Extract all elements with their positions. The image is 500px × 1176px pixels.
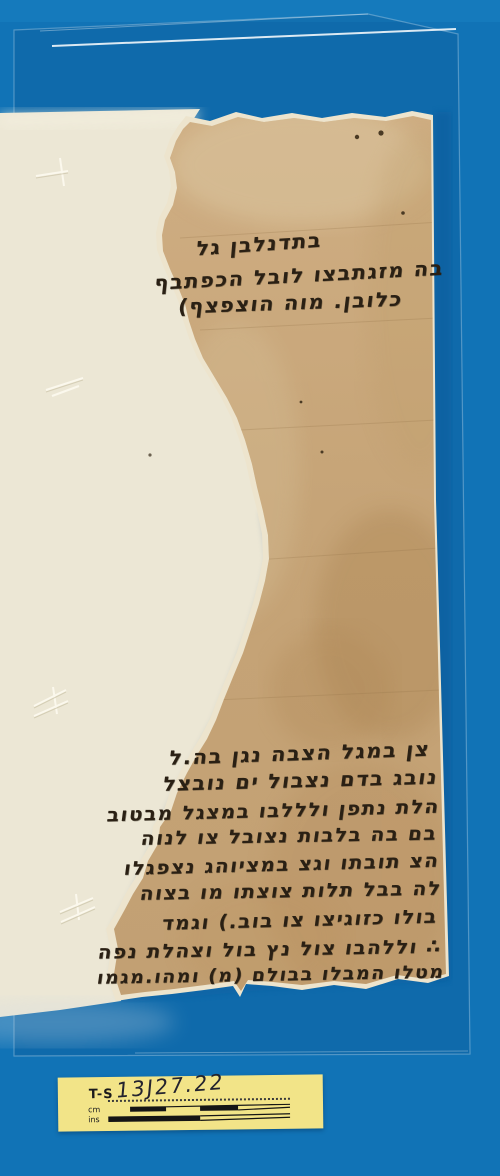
scale-unit-cm: cm <box>88 1106 100 1114</box>
photograph-stage: בתדנלבן גל בה מזגתבצו לובל הכפתבף כלובן.… <box>0 0 500 1176</box>
manuscript-photo-graphics <box>0 0 500 1176</box>
sheet-speck <box>148 453 151 456</box>
scale-unit-ins: ins <box>88 1116 100 1124</box>
classmark-label: T-S 13J27.22 cm ins <box>58 1074 324 1131</box>
ins-scale-bar <box>108 1113 290 1124</box>
